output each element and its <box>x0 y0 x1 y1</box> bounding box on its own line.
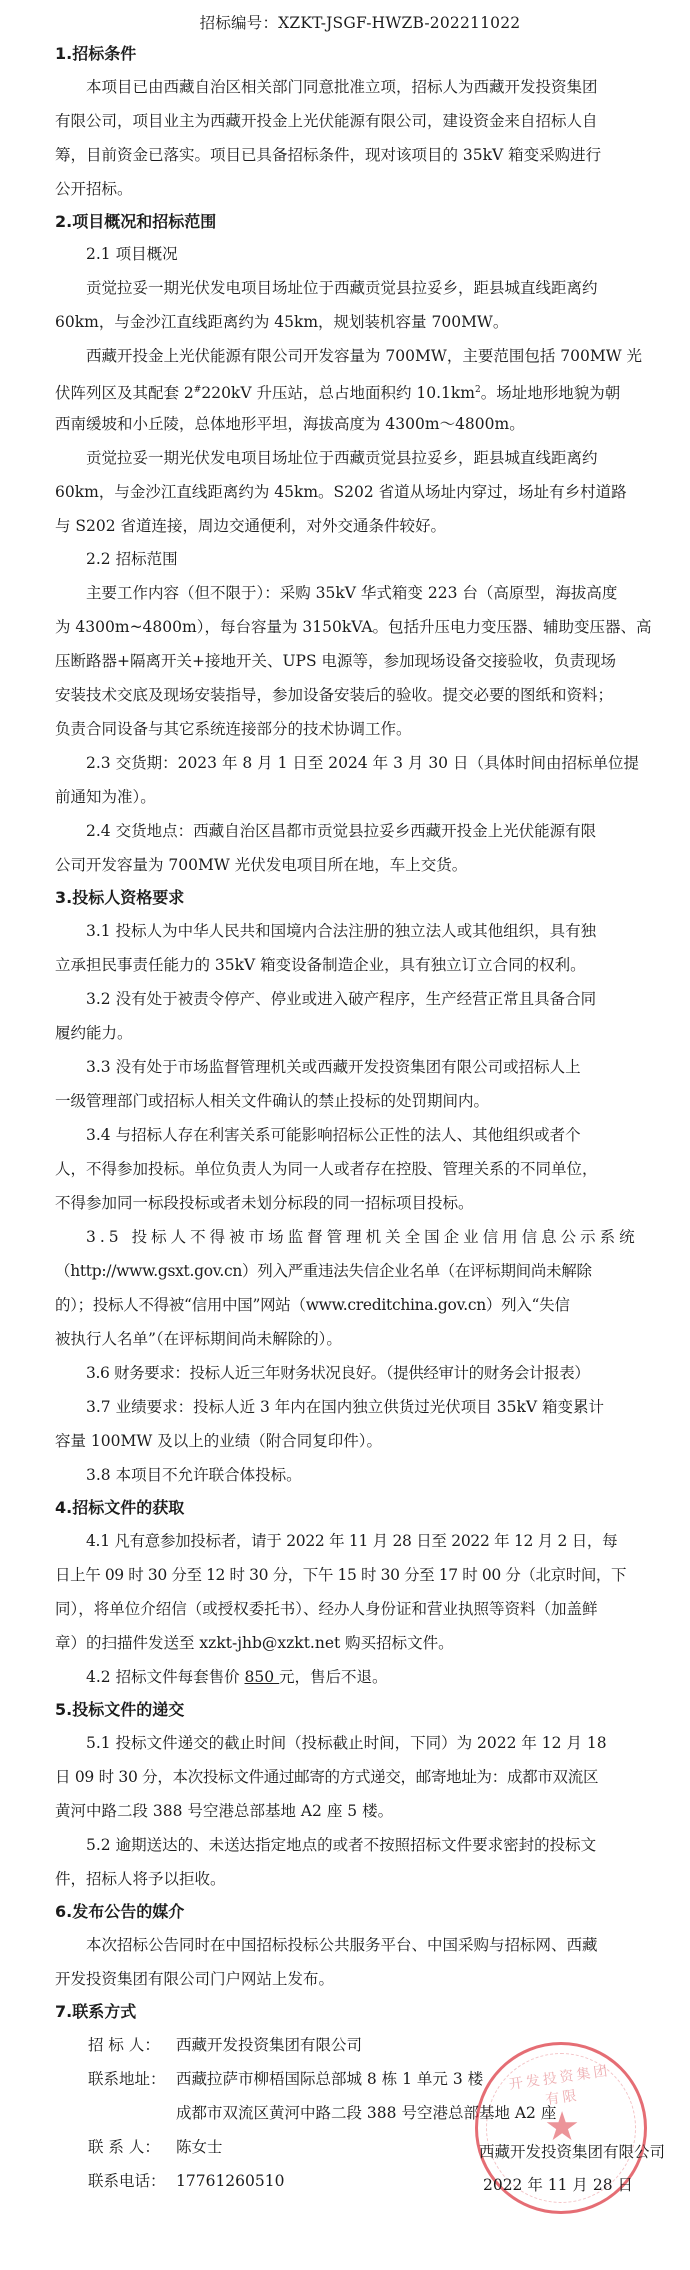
text-line: 日 09 时 30 分，本次投标文件通过邮寄的方式递交，邮寄地址为：成都市双流区 <box>55 1760 665 1794</box>
text-line: 开发投资集团有限公司门户网站上发布。 <box>55 1962 665 1996</box>
requirement-3-5: 3.5 投标人不得被市场监督管理机关全国企业信用信息公示系统 （http://w… <box>55 1220 665 1356</box>
requirement-3-8: 3.8 本项目不允许联合体投标。 <box>55 1458 665 1492</box>
text-line: 本次招标公告同时在中国招标投标公共服务平台、中国采购与招标网、西藏 <box>55 1928 665 1962</box>
text-line: 与 S202 省道连接，周边交通便利，对外交通条件较好。 <box>55 509 665 543</box>
text-line: 容量 100MW 及以上的业绩（附合同复印件）。 <box>55 1424 665 1458</box>
text-line: 公开招标。 <box>55 172 665 206</box>
submission-5-2: 5.2 逾期送达的、未送达指定地点的或者不按照招标文件要求密封的投标文 件，招标… <box>55 1828 665 1896</box>
text-line: 贡觉拉妥一期光伏发电项目场址位于西藏贡觉县拉妥乡，距县城直线距离约 <box>55 271 665 305</box>
text-line: 本项目已由西藏自治区相关部门同意批准立项，招标人为西藏开发投资集团 <box>55 70 665 104</box>
text-line: 不得参加同一标段投标或者未划分标段的同一招标项目投标。 <box>55 1186 665 1220</box>
text-line: 履约能力。 <box>55 1016 665 1050</box>
delivery-period-para: 2.3 交货期：2023 年 8 月 1 日至 2024 年 3 月 30 日（… <box>55 746 665 814</box>
signing-company: 西藏开发投资集团有限公司 <box>450 2136 665 2169</box>
text-line: 3.2 没有处于被责令停产、停业或进入破产程序，生产经营正常且具备合同 <box>55 982 665 1016</box>
text-line: 3.8 本项目不允许联合体投标。 <box>55 1458 665 1492</box>
text-line: 伏阵列区及其配套 2#220kV 升压站，总占地面积约 10.1km2。场址地形… <box>55 373 665 407</box>
document-body: 招标编号：XZKT-JSGF-HWZB-202211022 1.招标条件 本项目… <box>55 8 665 2198</box>
text-span: 元，售后不退。 <box>279 1668 388 1686</box>
text-span: 220kV 升压站，总占地面积约 10.1km <box>201 384 475 402</box>
text-line: 人，不得参加投标。单位负责人为同一人或者存在控股、管理关系的不同单位， <box>55 1152 665 1186</box>
text-line: 3.5 投标人不得被市场监督管理机关全国企业信用信息公示系统 <box>55 1220 665 1254</box>
contact-value: 17761260510 <box>176 2164 284 2198</box>
requirement-3-6: 3.6 财务要求：投标人近三年财务状况良好。（提供经审计的财务会计报表） <box>55 1356 665 1390</box>
contact-value: 西藏开发投资集团有限公司 <box>176 2028 362 2062</box>
signature-block: 西藏开发投资集团有限公司 2022 年 11 月 28 日 <box>450 2136 665 2202</box>
text-line: 3.3 没有处于市场监督管理机关或西藏开发投资集团有限公司或招标人上 <box>55 1050 665 1084</box>
section-6-title: 6.发布公告的媒介 <box>55 1896 665 1928</box>
contact-label: 联系地址： <box>88 2062 176 2096</box>
text-line: 5.1 投标文件递交的截止时间（投标截止时间，下同）为 2022 年 12 月 … <box>55 1726 665 1760</box>
tender-number: 招标编号：XZKT-JSGF-HWZB-202211022 <box>55 8 665 38</box>
text-line: 安装技术交底及现场安装指导，参加设备安装后的验收。提交必要的图纸和资料； <box>55 678 665 712</box>
tender-number-label: 招标编号： <box>200 14 279 32</box>
publication-media-para: 本次招标公告同时在中国招标投标公共服务平台、中国采购与招标网、西藏 开发投资集团… <box>55 1928 665 1996</box>
project-overview-para-2: 西藏开投金上光伏能源有限公司开发容量为 700MW，主要范围包括 700MW 光… <box>55 339 665 441</box>
section-7-title: 7.联系方式 <box>55 1996 665 2028</box>
contact-label: 联系电话： <box>88 2164 176 2198</box>
text-line: 前通知为准）。 <box>55 780 665 814</box>
text-line: 3.6 财务要求：投标人近三年财务状况良好。（提供经审计的财务会计报表） <box>55 1356 665 1390</box>
contact-label: 招 标 人： <box>88 2028 176 2062</box>
tender-number-value: XZKT-JSGF-HWZB-202211022 <box>278 14 520 32</box>
text-line: 2.3 交货期：2023 年 8 月 1 日至 2024 年 3 月 30 日（… <box>55 746 665 780</box>
document-acquisition-4-1: 4.1 凡有意参加投标者，请于 2022 年 11 月 28 日至 2022 年… <box>55 1524 665 1660</box>
subsection-2-2-title: 2.2 招标范围 <box>55 543 665 576</box>
section-1-body: 本项目已由西藏自治区相关部门同意批准立项，招标人为西藏开发投资集团 有限公司，项… <box>55 70 665 206</box>
text-line: 负责合同设备与其它系统连接部分的技术协调工作。 <box>55 712 665 746</box>
text-line: 4.1 凡有意参加投标者，请于 2022 年 11 月 28 日至 2022 年… <box>55 1524 665 1558</box>
text-line: 3.7 业绩要求：投标人近 3 年内在国内独立供货过光伏项目 35kV 箱变累计 <box>55 1390 665 1424</box>
tender-announcement-page: 招标编号：XZKT-JSGF-HWZB-202211022 1.招标条件 本项目… <box>0 0 690 2270</box>
subsection-2-1-title: 2.1 项目概况 <box>55 238 665 271</box>
text-span: 4.2 招标文件每套售价 <box>86 1668 245 1686</box>
requirement-3-7: 3.7 业绩要求：投标人近 3 年内在国内独立供货过光伏项目 35kV 箱变累计… <box>55 1390 665 1458</box>
text-line: 60km，与金沙江直线距离约为 45km。S202 省道从场址内穿过，场址有乡村… <box>55 475 665 509</box>
contact-label: 联 系 人： <box>88 2130 176 2164</box>
text-span: 。场址地形地貌为朝 <box>481 384 621 402</box>
text-line: 黄河中路二段 388 号空港总部基地 A2 座 5 楼。 <box>55 1794 665 1828</box>
text-line: 2.4 交货地点：西藏自治区昌都市贡觉县拉妥乡西藏开投金上光伏能源有限 <box>55 814 665 848</box>
text-line: 公司开发容量为 700MW 光伏发电项目所在地，车上交货。 <box>55 848 665 882</box>
project-overview-para-1: 贡觉拉妥一期光伏发电项目场址位于西藏贡觉县拉妥乡，距县城直线距离约 60km，与… <box>55 271 665 339</box>
section-1-title: 1.招标条件 <box>55 38 665 70</box>
text-line: 被执行人名单”（在评标期间尚未解除的）。 <box>55 1322 665 1356</box>
text-line: （http://www.gsxt.gov.cn）列入严重违法失信企业名单（在评标… <box>55 1254 665 1288</box>
project-overview-para-3: 贡觉拉妥一期光伏发电项目场址位于西藏贡觉县拉妥乡，距县城直线距离约 60km，与… <box>55 441 665 543</box>
text-line: 同），将单位介绍信（或授权委托书）、经办人身份证和营业执照等资料（加盖鲜 <box>55 1592 665 1626</box>
requirement-3-2: 3.2 没有处于被责令停产、停业或进入破产程序，生产经营正常且具备合同 履约能力… <box>55 982 665 1050</box>
delivery-location-para: 2.4 交货地点：西藏自治区昌都市贡觉县拉妥乡西藏开投金上光伏能源有限 公司开发… <box>55 814 665 882</box>
text-line: 为 4300m~4800m），每台容量为 3150kVA。包括升压电力变压器、辅… <box>55 610 665 644</box>
signing-date: 2022 年 11 月 28 日 <box>450 2169 665 2202</box>
text-line: 60km，与金沙江直线距离约为 45km，规划装机容量 700MW。 <box>55 305 665 339</box>
section-3-title: 3.投标人资格要求 <box>55 882 665 914</box>
requirement-3-3: 3.3 没有处于市场监督管理机关或西藏开发投资集团有限公司或招标人上 一级管理部… <box>55 1050 665 1118</box>
contact-value: 西藏拉萨市柳梧国际总部城 8 栋 1 单元 3 楼 <box>176 2062 483 2096</box>
text-line: 西藏开投金上光伏能源有限公司开发容量为 700MW，主要范围包括 700MW 光 <box>55 339 665 373</box>
tender-scope-para: 主要工作内容（但不限于）：采购 35kV 华式箱变 223 台（高原型，海拔高度… <box>55 576 665 746</box>
text-line: 3.4 与招标人存在利害关系可能影响招标公正性的法人、其他组织或者个 <box>55 1118 665 1152</box>
text-line: 筹，目前资金已落实。项目已具备招标条件，现对该项目的 35kV 箱变采购进行 <box>55 138 665 172</box>
text-line: 主要工作内容（但不限于）：采购 35kV 华式箱变 223 台（高原型，海拔高度 <box>55 576 665 610</box>
text-line: 3.1 投标人为中华人民共和国境内合法注册的独立法人或其他组织，具有独 <box>55 914 665 948</box>
text-line: 有限公司，项目业主为西藏开投金上光伏能源有限公司，建设资金来自招标人自 <box>55 104 665 138</box>
text-line: 件，招标人将予以拒收。 <box>55 1862 665 1896</box>
section-4-title: 4.招标文件的获取 <box>55 1492 665 1524</box>
text-line: 西南缓坡和小丘陵，总体地形平坦，海拔高度为 4300m～4800m。 <box>55 407 665 441</box>
text-span: 伏阵列区及其配套 2 <box>55 384 194 402</box>
contact-label <box>88 2096 176 2130</box>
text-line: 压断路器+隔离开关+接地开关、UPS 电源等，参加现场设备交接验收，负责现场 <box>55 644 665 678</box>
requirement-3-4: 3.4 与招标人存在利害关系可能影响招标公正性的法人、其他组织或者个 人，不得参… <box>55 1118 665 1220</box>
text-line: 贡觉拉妥一期光伏发电项目场址位于西藏贡觉县拉妥乡，距县城直线距离约 <box>55 441 665 475</box>
price-value: 850 <box>245 1668 280 1686</box>
text-line: 立承担民事责任能力的 35kV 箱变设备制造企业，具有独立订立合同的权利。 <box>55 948 665 982</box>
document-price-4-2: 4.2 招标文件每套售价 850 元，售后不退。 <box>55 1660 665 1694</box>
requirement-3-1: 3.1 投标人为中华人民共和国境内合法注册的独立法人或其他组织，具有独 立承担民… <box>55 914 665 982</box>
section-5-title: 5.投标文件的递交 <box>55 1694 665 1726</box>
contact-value: 陈女士 <box>176 2130 223 2164</box>
submission-5-1: 5.1 投标文件递交的截止时间（投标截止时间，下同）为 2022 年 12 月 … <box>55 1726 665 1828</box>
text-line: 4.2 招标文件每套售价 850 元，售后不退。 <box>55 1660 665 1694</box>
text-line: 5.2 逾期送达的、未送达指定地点的或者不按照招标文件要求密封的投标文 <box>55 1828 665 1862</box>
text-line: 一级管理部门或招标人相关文件确认的禁止投标的处罚期间内。 <box>55 1084 665 1118</box>
text-line: 的）；投标人不得被“信用中国”网站（www.creditchina.gov.cn… <box>55 1288 665 1322</box>
text-line: 章）的扫描件发送至 xzkt-jhb@xzkt.net 购买招标文件。 <box>55 1626 665 1660</box>
section-2-title: 2.项目概况和招标范围 <box>55 206 665 238</box>
text-line: 日上午 09 时 30 分至 12 时 30 分，下午 15 时 30 分至 1… <box>55 1558 665 1592</box>
